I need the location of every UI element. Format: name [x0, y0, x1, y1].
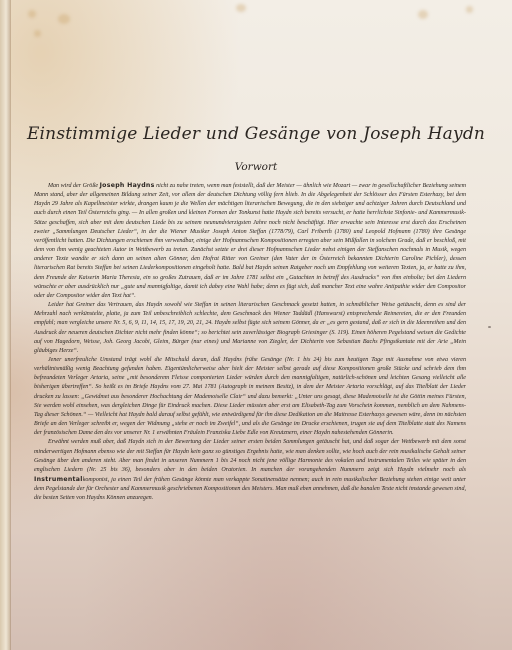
preface-paragraph: Leider hat Greiner das Vertrauen, das Ha…	[34, 301, 466, 356]
foxing-stain	[28, 10, 36, 18]
paragraph-text: Jener unerfreuliche Umstand trägt wohl d…	[34, 357, 466, 436]
paragraph-text: komponist, ja einen Teil der frühen Gesä…	[34, 477, 466, 501]
preface-paragraph: Man wird der Größe Joseph Haydns nicht z…	[34, 181, 466, 301]
foxing-stain	[236, 4, 246, 12]
preface-body: Man wird der Größe Joseph Haydns nicht z…	[34, 181, 466, 503]
page-title: Einstimmige Lieder und Gesänge von Josep…	[0, 124, 512, 144]
paragraph-text: Man wird der Größe	[48, 183, 100, 189]
foxing-stain	[418, 10, 428, 19]
book-spine-edge	[0, 0, 10, 650]
foxing-stain	[466, 6, 473, 13]
preface-paragraph: Jener unerfreuliche Umstand trägt wohl d…	[34, 356, 466, 438]
emphasized-name: Instrumental	[34, 476, 83, 483]
page-gutter-line	[10, 0, 11, 650]
preface-paragraph: Erwähnt werden muß aber, daß Haydn sich …	[34, 438, 466, 503]
section-heading: Vorwort	[0, 161, 512, 173]
paper-speck	[488, 326, 491, 328]
emphasized-name: Joseph Haydns	[100, 182, 155, 189]
paragraph-text: nicht zu nahe treten, wenn man feststell…	[34, 183, 466, 299]
foxing-stain	[34, 30, 41, 37]
paragraph-text: Erwähnt werden muß aber, daß Haydn sich …	[34, 439, 466, 472]
foxing-stain	[58, 14, 70, 24]
paragraph-text: Leider hat Greiner das Vertrauen, das Ha…	[34, 302, 466, 354]
